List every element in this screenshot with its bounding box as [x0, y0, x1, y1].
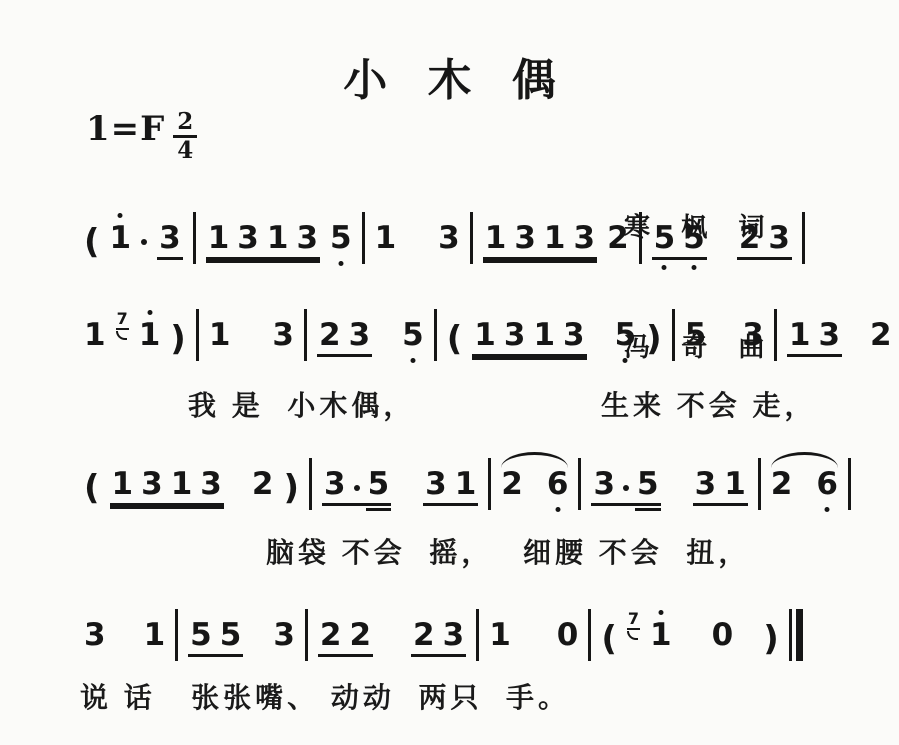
beam-group: 55: [652, 223, 707, 260]
octave-dot-low: [555, 507, 560, 512]
duration-dot: [141, 239, 147, 245]
note: 5: [683, 223, 705, 254]
open-parenthesis: (: [447, 322, 463, 356]
note-digit: 1: [650, 617, 672, 653]
note: 3: [159, 223, 181, 254]
spacer: [253, 662, 263, 663]
note-digit: 1: [112, 466, 134, 502]
note: 5: [685, 320, 707, 351]
close-parenthesis: ): [283, 471, 299, 505]
note-digit: 1: [267, 220, 289, 256]
note: 2: [771, 469, 793, 500]
barline: [175, 609, 178, 661]
note-digit: 3: [273, 617, 295, 653]
note: 5: [190, 620, 212, 651]
note: 3: [514, 223, 536, 254]
note: 2: [870, 320, 892, 351]
note: 1: [112, 469, 134, 500]
note-digit: 5: [330, 220, 352, 256]
note: 5: [615, 320, 637, 351]
note: 3: [349, 320, 371, 351]
note: 3: [742, 320, 764, 351]
note: 3: [443, 620, 465, 651]
note: 1: [209, 320, 231, 351]
beam-group: 23: [411, 620, 466, 657]
note: 0: [557, 620, 579, 651]
barline: [470, 212, 473, 264]
beam-group: 1313: [472, 320, 586, 357]
note-digit: 3: [237, 220, 259, 256]
note: 3: [84, 620, 106, 651]
close-parenthesis: ): [170, 322, 186, 356]
note: 1: [474, 320, 496, 351]
note-digit: 1: [110, 220, 132, 256]
note-digit: 0: [712, 617, 734, 653]
octave-dot-low: [825, 507, 830, 512]
key-signature: 1=F 2 4: [86, 102, 197, 155]
note-digit: 3: [438, 220, 460, 256]
score-line-4: 31553222310(710): [84, 603, 803, 663]
note-digit: 2: [607, 220, 629, 256]
score-line-2: 171)13235(13135)53132: [84, 303, 899, 363]
barline: [639, 212, 642, 264]
note: 3: [818, 320, 840, 351]
beam-group: 1313: [483, 223, 597, 260]
beam-group: 55: [188, 620, 243, 657]
note-digit: 5: [402, 317, 424, 353]
note: 2: [252, 469, 274, 500]
note-digit: 1: [375, 220, 397, 256]
barline: [588, 609, 591, 661]
note-digit: 1: [84, 317, 106, 353]
barline: [672, 309, 675, 361]
song-title: 小 木 偶: [0, 44, 899, 108]
note: 0: [712, 620, 734, 651]
spacer: [240, 362, 262, 363]
beam-group: 31: [693, 469, 748, 506]
note: 5: [330, 223, 352, 254]
note-digit: 2: [501, 466, 523, 502]
beam-group: 35: [322, 469, 391, 506]
beam-group: 13: [787, 320, 842, 357]
grace-note: 7: [116, 311, 129, 340]
barline: [848, 458, 851, 510]
note-digit: 1: [544, 220, 566, 256]
lyrics-line-3-seg-1: 说 话 张张嘴、 动动 两只 手。: [80, 676, 570, 716]
note-digit: 1: [789, 317, 811, 353]
note: 3: [695, 469, 717, 500]
note-digit: 1: [144, 617, 166, 653]
grace-slur-hook: [116, 331, 127, 340]
spacer: [521, 662, 547, 663]
slur-group: 26: [501, 469, 568, 500]
note-digit: 5: [654, 220, 676, 256]
duration-dot: [354, 485, 360, 491]
spacer: [234, 511, 242, 512]
note: 1: [489, 620, 511, 651]
open-parenthesis: (: [601, 622, 617, 656]
beam-group: 3: [157, 223, 183, 260]
note-digit: 2: [771, 466, 793, 502]
note-digit: 1: [485, 220, 507, 256]
note-digit: 2: [319, 317, 341, 353]
grace-note-digit: 7: [116, 311, 129, 330]
note-digit: 5: [615, 317, 637, 353]
note: 3: [593, 469, 615, 500]
note: 3: [272, 320, 294, 351]
note-digit: 2: [349, 617, 371, 653]
note-digit: 6: [547, 466, 569, 502]
octave-dot-low: [338, 261, 343, 266]
spacer: [717, 265, 727, 266]
score-line-3: (13132)353126353126: [84, 452, 851, 512]
note-digit: 3: [563, 317, 585, 353]
note: 1: [455, 469, 477, 500]
note: 5: [368, 469, 390, 500]
note-digit: 3: [443, 617, 465, 653]
barline: [434, 309, 437, 361]
spacer: [682, 662, 702, 663]
score-line-1: (131313513131325523: [84, 206, 805, 266]
note-digit: 2: [320, 617, 342, 653]
octave-dot-low: [623, 358, 628, 363]
note-digit: 5: [685, 317, 707, 353]
note-digit: 3: [593, 466, 615, 502]
key-tonic: 1=F: [86, 109, 165, 149]
note: 5: [220, 620, 242, 651]
beam-group: 35: [591, 469, 660, 506]
beam-group: 23: [737, 223, 792, 260]
note: 6: [816, 469, 838, 500]
note-digit: 1: [209, 317, 231, 353]
lyrics-line-1-seg-2: 生来 不会 走，: [601, 384, 817, 424]
note: 1: [267, 223, 289, 254]
note-digit: 1: [208, 220, 230, 256]
note-digit: 5: [368, 466, 390, 502]
note: 5: [637, 469, 659, 500]
beam-group: 31: [423, 469, 478, 506]
note-digit: 3: [742, 317, 764, 353]
note: 3: [237, 223, 259, 254]
note: 1: [208, 223, 230, 254]
note-digit: 3: [818, 317, 840, 353]
note: 1: [544, 223, 566, 254]
note: 2: [501, 469, 523, 500]
note-digit: 5: [220, 617, 242, 653]
beam-group: 1313: [206, 223, 320, 260]
barline: [758, 458, 761, 510]
note-digit: 0: [557, 617, 579, 653]
note-digit: 3: [296, 220, 318, 256]
grace-slur-hook: [627, 631, 638, 640]
note-digit: 3: [272, 317, 294, 353]
note: 3: [573, 223, 595, 254]
note-digit: 3: [159, 220, 181, 256]
octave-dot-low: [692, 265, 697, 270]
open-parenthesis: (: [84, 471, 100, 505]
spacer: [671, 511, 683, 512]
note: 2: [319, 320, 341, 351]
octave-dot-low: [662, 265, 667, 270]
note-digit: 3: [695, 466, 717, 502]
note: 1: [139, 320, 161, 351]
close-parenthesis: ): [646, 322, 662, 356]
grace-note-digit: 7: [627, 611, 640, 630]
note: 1: [375, 223, 397, 254]
beam-group: 1313: [110, 469, 224, 506]
barline: [578, 458, 581, 510]
note: 2: [739, 223, 761, 254]
octave-dot-low: [410, 358, 415, 363]
note: 1: [650, 620, 672, 651]
note: 1: [485, 223, 507, 254]
note: 3: [296, 223, 318, 254]
octave-dot-high: [658, 610, 663, 615]
final-barline: [789, 609, 803, 661]
spacer: [716, 362, 732, 363]
note-digit: 3: [200, 466, 222, 502]
duration-dot: [623, 485, 629, 491]
lyrics-line-1-seg-1: 我 是 小木偶，: [188, 384, 415, 424]
note: 2: [320, 620, 342, 651]
note-digit: 2: [870, 317, 892, 353]
spacer: [852, 362, 860, 363]
note: 2: [349, 620, 371, 651]
octave-dot-high: [118, 213, 123, 218]
final-bar-thin: [789, 609, 792, 661]
note: 3: [563, 320, 585, 351]
spacer: [383, 662, 401, 663]
spacer: [116, 662, 134, 663]
note-digit: 1: [724, 466, 746, 502]
lyrics-line-2-seg-2: 细腰 不会 扭，: [523, 531, 750, 571]
note-digit: 1: [489, 617, 511, 653]
note-digit: 3: [504, 317, 526, 353]
slur-group: 26: [771, 469, 838, 500]
note: 3: [200, 469, 222, 500]
grace-note: 7: [627, 611, 640, 640]
spacer: [597, 362, 605, 363]
note-digit: 1: [139, 317, 161, 353]
note: 3: [141, 469, 163, 500]
note-digit: 1: [455, 466, 477, 502]
note: 3: [425, 469, 447, 500]
final-bar-thick: [796, 609, 803, 661]
beam-group: 23: [317, 320, 372, 357]
note-digit: 3: [768, 220, 790, 256]
close-parenthesis: ): [763, 622, 779, 656]
spacer: [401, 511, 413, 512]
note-digit: 5: [190, 617, 212, 653]
barline: [193, 212, 196, 264]
note-digit: 5: [637, 466, 659, 502]
note: 1: [144, 620, 166, 651]
barline: [774, 309, 777, 361]
note-digit: 3: [349, 317, 371, 353]
note: 3: [438, 223, 460, 254]
barline: [304, 309, 307, 361]
octave-dot-high: [147, 310, 152, 315]
note-digit: 6: [816, 466, 838, 502]
lyrics-line-2-seg-1: 脑袋 不会 摇，: [266, 531, 493, 571]
barline: [362, 212, 365, 264]
spacer: [743, 662, 753, 663]
meter-numerator: 2: [173, 110, 197, 138]
spacer: [406, 265, 428, 266]
meter-denominator: 4: [177, 138, 193, 163]
time-signature: 2 4: [173, 110, 197, 163]
note: 1: [84, 320, 106, 351]
note-digit: 3: [514, 220, 536, 256]
note: 3: [504, 320, 526, 351]
note: 1: [171, 469, 193, 500]
note-digit: 1: [171, 466, 193, 502]
barline: [309, 458, 312, 510]
note: 1: [110, 223, 132, 254]
note: 3: [768, 223, 790, 254]
note-digit: 1: [533, 317, 555, 353]
note-digit: 3: [425, 466, 447, 502]
note: 5: [402, 320, 424, 351]
note: 2: [607, 223, 629, 254]
barline: [488, 458, 491, 510]
note-digit: 3: [84, 617, 106, 653]
open-parenthesis: (: [84, 225, 100, 259]
barline: [476, 609, 479, 661]
note: 5: [654, 223, 676, 254]
barline: [802, 212, 805, 264]
note: 3: [273, 620, 295, 651]
note-digit: 2: [252, 466, 274, 502]
note-digit: 3: [324, 466, 346, 502]
note-digit: 1: [474, 317, 496, 353]
beam-group: 22: [318, 620, 373, 657]
note: 1: [533, 320, 555, 351]
note-digit: 3: [573, 220, 595, 256]
note: 6: [547, 469, 569, 500]
note-digit: 5: [683, 220, 705, 256]
note: 1: [724, 469, 746, 500]
note-digit: 2: [413, 617, 435, 653]
spacer: [382, 362, 392, 363]
note: 3: [324, 469, 346, 500]
note: 1: [789, 320, 811, 351]
sheet-music-page: 小 木 偶 1=F 2 4 寒 枫 词 冯 奇 曲 (1313135131313…: [0, 0, 899, 745]
note-digit: 2: [739, 220, 761, 256]
note: 2: [413, 620, 435, 651]
barline: [196, 309, 199, 361]
barline: [305, 609, 308, 661]
note-digit: 3: [141, 466, 163, 502]
